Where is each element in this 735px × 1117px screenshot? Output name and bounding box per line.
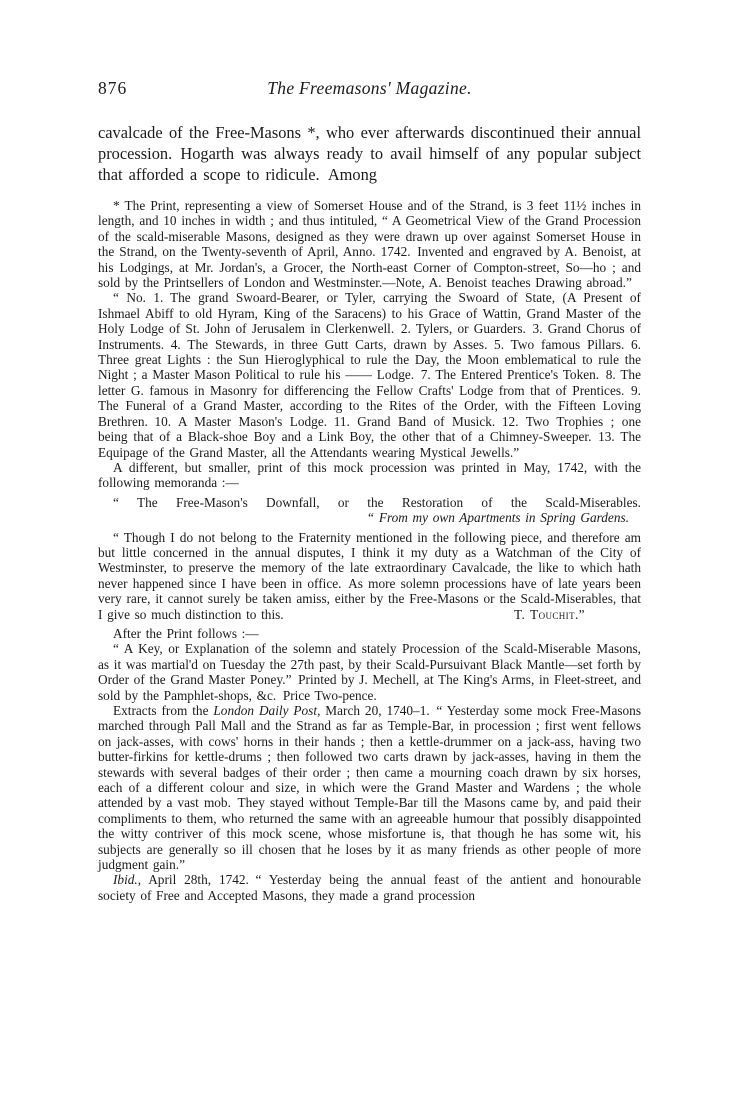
- footnote-ibid-paragraph: Ibid., April 28th, 1742. “ Yesterday bei…: [98, 872, 641, 903]
- page-number: 876: [98, 78, 127, 99]
- footnote-print-description: * The Print, representing a view of Some…: [98, 198, 641, 290]
- extracts-lead: Extracts from the: [113, 703, 213, 718]
- footnote-dateline: “ From my own Apartments in Spring Garde…: [98, 510, 641, 525]
- extracts-rest: , March 20, 1740–1. “ Yesterday some moc…: [98, 703, 641, 872]
- footnote-key-explanation: “ A Key, or Explanation of the solemn an…: [98, 641, 641, 703]
- page-title: The Freemasons' Magazine.: [98, 78, 641, 99]
- page-header: 876 The Freemasons' Magazine.: [98, 78, 641, 102]
- footnote-downfall-title: “ The Free-Mason's Downfall, or the Rest…: [98, 495, 641, 510]
- footnote-extracts-paragraph: Extracts from the London Daily Post, Mar…: [98, 703, 641, 872]
- ibid-rest: , April 28th, 1742. “ Yesterday being th…: [98, 872, 641, 902]
- ibid-label: Ibid.: [113, 872, 138, 887]
- magazine-page: 876 The Freemasons' Magazine. cavalcade …: [0, 0, 735, 1117]
- signature-name: T. Touchit.”: [514, 607, 585, 622]
- footnote-key-items: “ No. 1. The grand Swoard-Bearer, or Tyl…: [98, 290, 641, 459]
- intro-paragraph: cavalcade of the Free-Masons *, who ever…: [98, 122, 641, 185]
- footnote-smaller-print: A different, but smaller, print of this …: [98, 460, 641, 491]
- extracts-source-title: London Daily Post: [213, 703, 317, 718]
- footnote-after-print: After the Print follows :—: [98, 626, 641, 641]
- footnote-section: * The Print, representing a view of Some…: [98, 198, 641, 903]
